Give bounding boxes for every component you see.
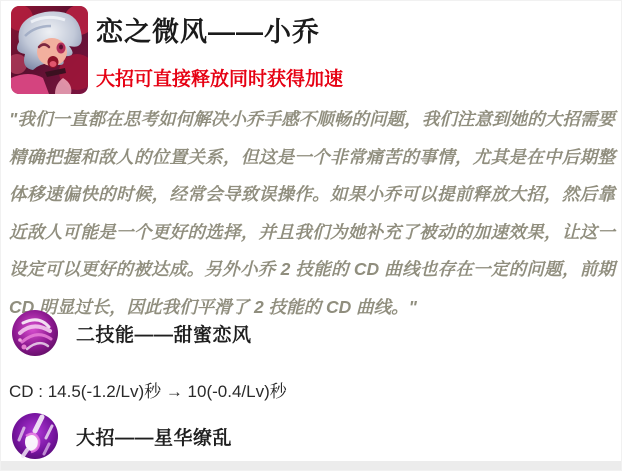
designer-note: "我们一直都在思考如何解决小乔手感不顺畅的问题，我们注意到她的大招需要精确把握和…: [9, 101, 615, 326]
skill2-label: 二技能——甜蜜恋风: [76, 320, 252, 347]
bottom-strip: [1, 461, 621, 470]
hero-avatar-icon: [11, 6, 88, 94]
ultimate-row: 大招——星华缭乱: [11, 411, 232, 461]
page-title: 恋之微风——小乔: [96, 10, 320, 49]
change-summary: 大招可直接释放同时获得加速: [96, 64, 343, 91]
hero-avatar: [11, 6, 88, 94]
cd-change: CD : 14.5(-1.2/Lv)秒 → 10(-0.4/Lv)秒: [9, 377, 287, 402]
patch-note-page: 恋之微风——小乔 大招可直接释放同时获得加速 "我们一直都在思考如何解决小乔手感…: [0, 0, 622, 471]
ultimate-label: 大招——星华缭乱: [76, 423, 232, 450]
skill2-swirl-icon: [11, 309, 59, 357]
ultimate-meteor-icon: [11, 412, 59, 460]
skill2-row: 二技能——甜蜜恋风: [11, 308, 252, 358]
